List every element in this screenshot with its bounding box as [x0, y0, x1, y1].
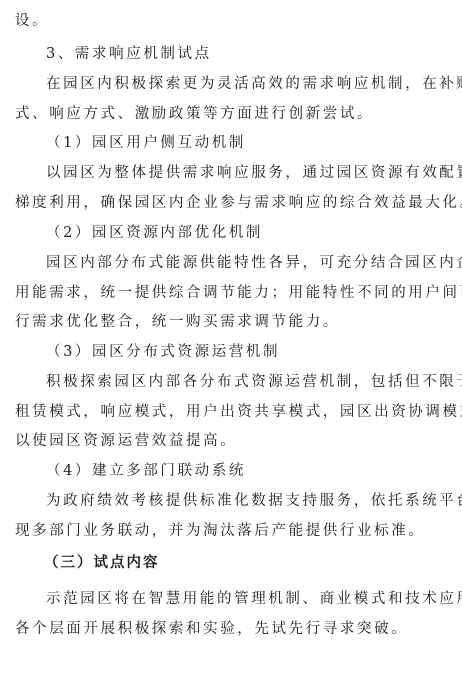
paragraph-line: 租赁模式，响应模式，用户出资共享模式，园区出资协调模式等， — [15, 403, 462, 421]
paragraph-tail: 设。 — [15, 12, 49, 30]
document-page: 设。 3、需求响应机制试点 在园区内积极探索更为灵活高效的需求响应机制，在补贴模… — [0, 0, 462, 674]
paragraph-line: 以园区为整体提供需求响应服务，通过园区资源有效配置与 — [46, 164, 462, 182]
paragraph-line: 用能需求，统一提供综合调节能力；用能特性不同的用户间可进 — [15, 284, 462, 302]
paragraph-line: 示范园区将在智慧用能的管理机制、商业模式和技术应用等 — [46, 590, 462, 608]
subheading-distributed-operation: （3）园区分布式资源运营机制 — [46, 343, 280, 361]
paragraph-line: 园区内部分布式能源供能特性各异，可充分结合园区内企业 — [46, 254, 462, 272]
paragraph-line: 行需求优化整合，统一购买需求调节能力。 — [15, 313, 340, 331]
paragraph-line: 积极探索园区内部各分布式资源运营机制，包括但不限于： — [46, 373, 462, 391]
subheading-user-interaction: （1）园区用户侧互动机制 — [46, 134, 246, 152]
paragraph-line: 为政府绩效考核提供标准化数据支持服务，依托系统平台实 — [46, 492, 462, 510]
paragraph-line: 梯度利用，确保园区内企业参与需求响应的综合效益最大化。 — [15, 194, 462, 212]
section-heading-pilot-content: （三）试点内容 — [44, 554, 160, 572]
heading-demand-response-pilot: 3、需求响应机制试点 — [46, 45, 212, 63]
subheading-multi-department: （4）建立多部门联动系统 — [46, 462, 246, 480]
paragraph-line: 在园区内积极探索更为灵活高效的需求响应机制，在补贴模 — [46, 75, 462, 93]
paragraph-line: 各个层面开展积极探索和实验，先试先行寻求突破。 — [15, 620, 408, 638]
paragraph-line: 以使园区资源运营效益提高。 — [15, 432, 237, 450]
paragraph-line: 现多部门业务联动，并为淘汰落后产能提供行业标准。 — [15, 522, 425, 540]
paragraph-line: 式、响应方式、激励政策等方面进行创新尝试。 — [15, 105, 374, 123]
subheading-resource-optimization: （2）园区资源内部优化机制 — [46, 224, 263, 242]
